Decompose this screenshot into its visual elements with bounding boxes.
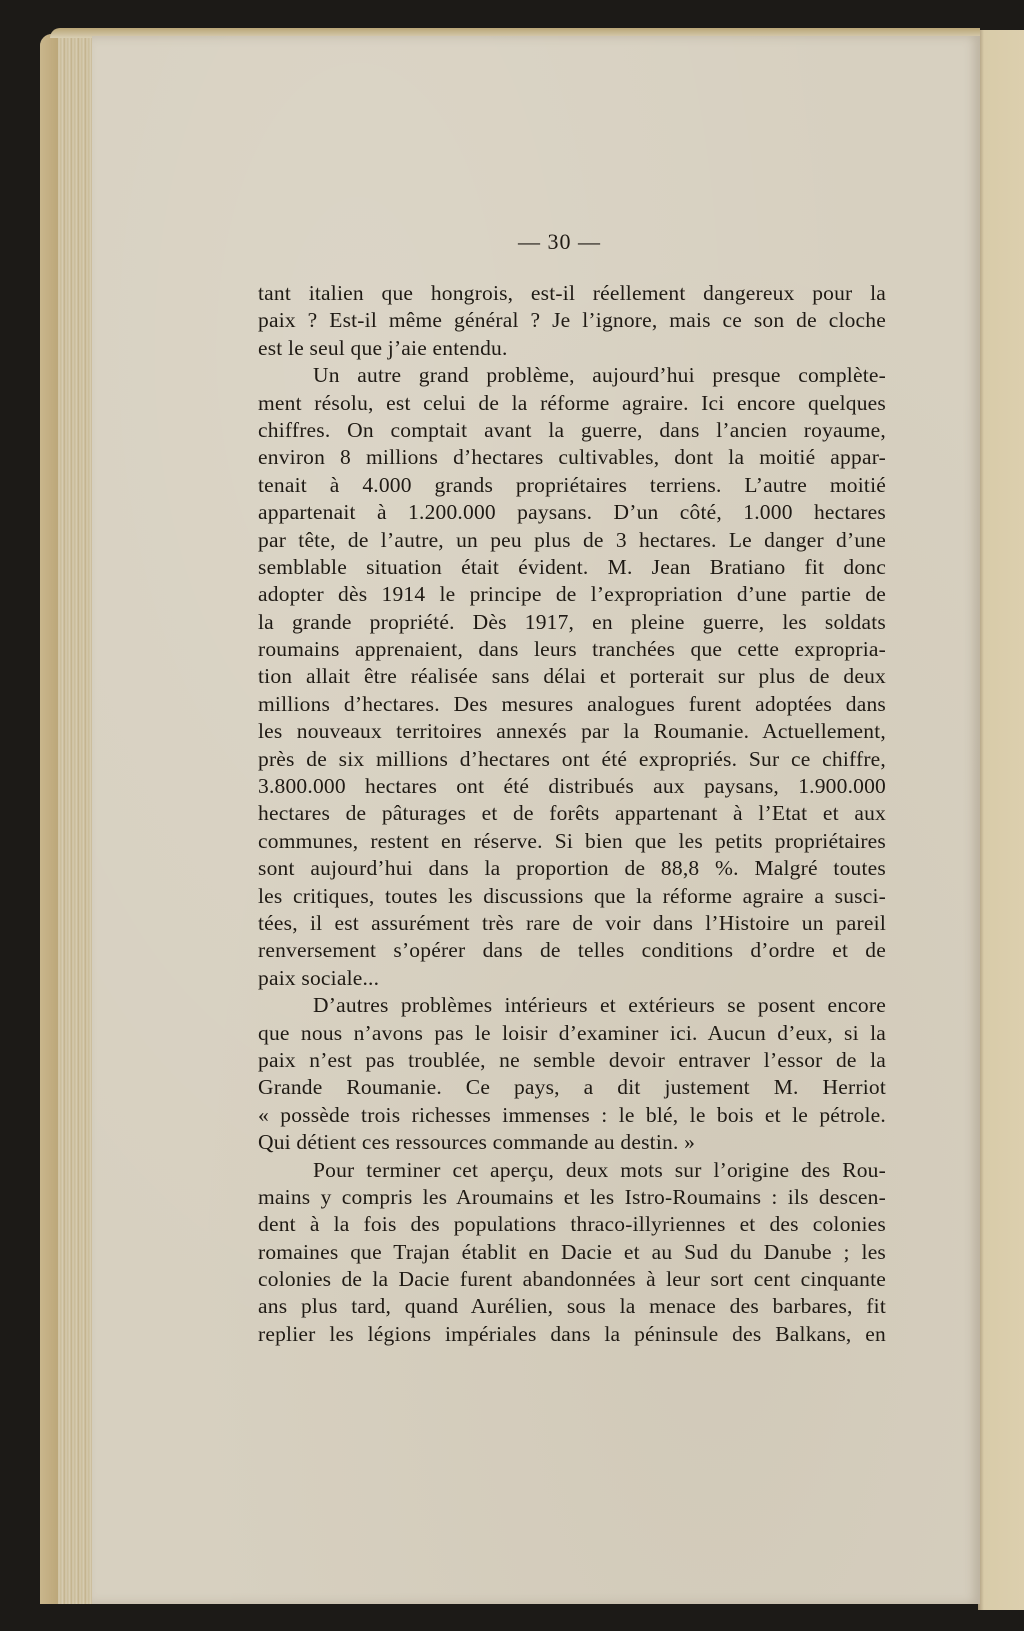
text-line: appartenait à 1.200.000 paysans. D’un cô… xyxy=(258,499,886,526)
text-line: dent à la fois des populations thraco-il… xyxy=(258,1211,886,1238)
book-scan: — 30 — tant italien que hongrois, est-il… xyxy=(0,0,1024,1631)
text-line: paix n’est pas troublée, ne semble devoi… xyxy=(258,1047,886,1074)
text-line: D’autres problèmes intérieurs et extérie… xyxy=(258,992,886,1019)
next-page-edge xyxy=(978,30,1024,1610)
text-line: tées, il est assurément très rare de voi… xyxy=(258,910,886,937)
text-line: 3.800.000 hectares ont été distribués au… xyxy=(258,773,886,800)
page-stack-edge xyxy=(40,34,100,1604)
text-line: ment résolu, est celui de la réforme agr… xyxy=(258,390,886,417)
text-line: Qui détient ces ressources commande au d… xyxy=(258,1129,886,1156)
text-line: que nous n’avons pas le loisir d’examine… xyxy=(258,1020,886,1047)
text-line: chiffres. On comptait avant la guerre, d… xyxy=(258,417,886,444)
text-line: la grande propriété. Dès 1917, en pleine… xyxy=(258,609,886,636)
text-line: millions d’hectares. Des mesures analogu… xyxy=(258,691,886,718)
text-line: environ 8 millions d’hectares cultivable… xyxy=(258,444,886,471)
text-line: Grande Roumanie. Ce pays, a dit justemen… xyxy=(258,1074,886,1101)
page-content: — 30 — tant italien que hongrois, est-il… xyxy=(258,228,886,1348)
text-line: adopter dès 1914 le principe de l’exprop… xyxy=(258,581,886,608)
text-line: tenait à 4.000 grands propriétaires terr… xyxy=(258,472,886,499)
text-line: romaines que Trajan établit en Dacie et … xyxy=(258,1239,886,1266)
text-line: sont aujourd’hui dans la proportion de 8… xyxy=(258,855,886,882)
page-number: — 30 — xyxy=(233,228,886,280)
text-line: hectares de pâturages et de forêts appar… xyxy=(258,800,886,827)
text-line: paix ? Est-il même général ? Je l’ignore… xyxy=(258,307,886,334)
text-line: Un autre grand problème, aujourd’hui pre… xyxy=(258,362,886,389)
text-line: renversement s’opérer dans de telles con… xyxy=(258,937,886,964)
text-line: replier les légions impériales dans la p… xyxy=(258,1321,886,1348)
text-line: par tête, de l’autre, un peu plus de 3 h… xyxy=(258,527,886,554)
text-line: tant italien que hongrois, est-il réelle… xyxy=(258,280,886,307)
text-line: roumains apprenaient, dans leurs tranché… xyxy=(258,636,886,663)
text-line: « possède trois richesses immenses : le … xyxy=(258,1102,886,1129)
text-line: communes, restent en réserve. Si bien qu… xyxy=(258,828,886,855)
text-line: colonies de la Dacie furent abandonnées … xyxy=(258,1266,886,1293)
text-line: semblable situation était évident. M. Je… xyxy=(258,554,886,581)
text-line: les nouveaux territoires annexés par la … xyxy=(258,718,886,745)
text-line: Pour terminer cet aperçu, deux mots sur … xyxy=(258,1157,886,1184)
body-text: tant italien que hongrois, est-il réelle… xyxy=(258,280,886,1348)
text-line: est le seul que j’aie entendu. xyxy=(258,335,886,362)
text-line: les critiques, toutes les discussions qu… xyxy=(258,883,886,910)
text-line: près de six millions d’hectares ont été … xyxy=(258,746,886,773)
text-line: paix sociale... xyxy=(258,965,886,992)
text-line: ans plus tard, quand Aurélien, sous la m… xyxy=(258,1293,886,1320)
text-line: tion allait être réalisée sans délai et … xyxy=(258,663,886,690)
text-line: mains y compris les Aroumains et les Ist… xyxy=(258,1184,886,1211)
